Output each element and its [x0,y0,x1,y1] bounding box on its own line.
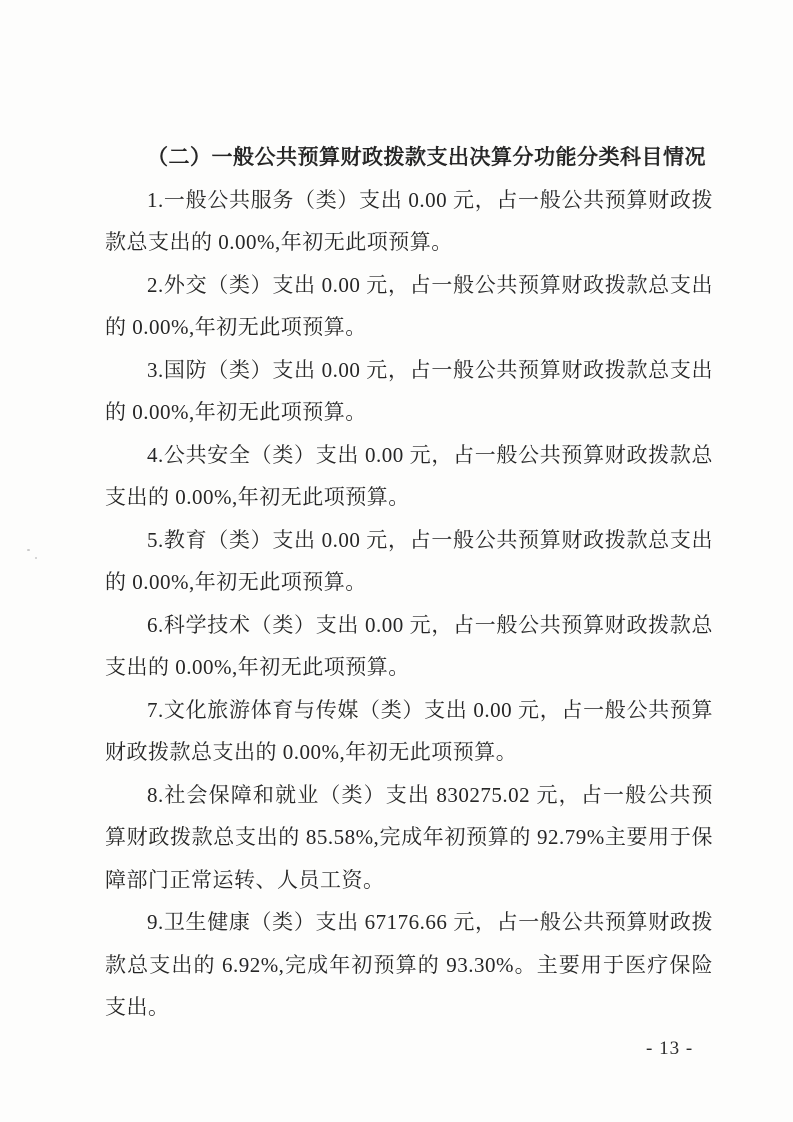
section-heading: （二）一般公共预算财政拨款支出决算分功能分类科目情况 [105,136,713,179]
document-body: （二）一般公共预算财政拨款支出决算分功能分类科目情况 1.一般公共服务（类）支出… [105,136,713,1029]
body-paragraph: 7.文化旅游体育与传媒（类）支出 0.00 元，占一般公共预算财政拨款总支出的 … [105,689,713,774]
body-paragraph: 6.科学技术（类）支出 0.00 元，占一般公共预算财政拨款总支出的 0.00%… [105,604,713,689]
body-paragraph: 8.社会保障和就业（类）支出 830275.02 元，占一般公共预算财政拨款总支… [105,774,713,902]
scan-speckle [35,557,37,559]
page-number: - 13 - [646,1038,693,1060]
document-page: （二）一般公共预算财政拨款支出决算分功能分类科目情况 1.一般公共服务（类）支出… [0,0,793,1122]
body-paragraph: 9.卫生健康（类）支出 67176.66 元，占一般公共预算财政拨款总支出的 6… [105,901,713,1029]
body-paragraph: 5.教育（类）支出 0.00 元，占一般公共预算财政拨款总支出的 0.00%,年… [105,519,713,604]
scan-speckle [27,549,30,551]
body-paragraph: 4.公共安全（类）支出 0.00 元，占一般公共预算财政拨款总支出的 0.00%… [105,434,713,519]
body-paragraph: 3.国防（类）支出 0.00 元，占一般公共预算财政拨款总支出的 0.00%,年… [105,349,713,434]
body-paragraph: 2.外交（类）支出 0.00 元，占一般公共预算财政拨款总支出的 0.00%,年… [105,264,713,349]
body-paragraph: 1.一般公共服务（类）支出 0.00 元，占一般公共预算财政拨款总支出的 0.0… [105,179,713,264]
